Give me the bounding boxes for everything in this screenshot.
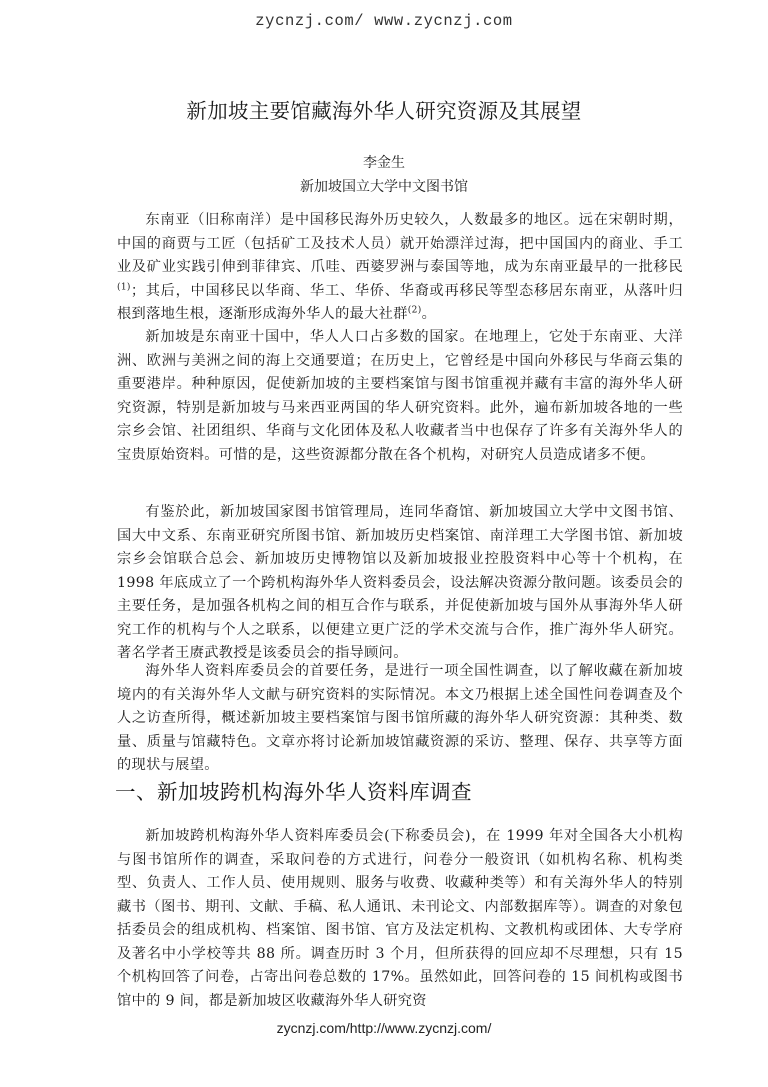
paragraph-2: 新加坡是东南亚十国中，华人人口占多数的国家。在地理上，它处于东南亚、大洋洲、欧洲… [117,326,683,467]
paragraph-1-text-b: ；其后，中国移民以华商、华工、华侨、华裔或再移民等型态移居东南亚，从落叶归根到落… [117,283,683,323]
paragraph-4: 海外华人资料库委员会的首要任务，是进行一项全国性调查，以了解收藏在新加坡境内的有… [117,660,683,778]
footnote-ref-1[interactable]: (1) [117,282,131,292]
author-affiliation: 新加坡国立大学中文图书馆 [0,176,768,196]
author-name: 李金生 [0,152,768,172]
paragraph-3: 有鉴於此，新加坡国家图书馆管理局，连同华裔馆、新加坡国立大学中文图书馆、国大中文… [117,501,683,666]
paragraph-1: 东南亚（旧称南洋）是中国移民海外历史较久，人数最多的地区。远在宋朝时期，中国的商… [117,209,683,327]
footer-watermark: zycnzj.com/http://www.zycnzj.com/ [0,1020,768,1036]
paragraph-1-text-c: 。 [422,306,437,322]
document-title: 新加坡主要馆藏海外华人研究资源及其展望 [0,94,768,124]
header-watermark: zycnzj.com/ www.zycnzj.com [0,12,768,30]
section-heading-1: 一、新加坡跨机构海外华人资料库调查 [115,775,472,805]
paragraph-1-text-a: 东南亚（旧称南洋）是中国移民海外历史较久，人数最多的地区。远在宋朝时期，中国的商… [117,212,683,275]
footnote-ref-2[interactable]: (2) [408,305,422,315]
section-1-paragraph: 新加坡跨机构海外华人资料库委员会(下称委员会)，在 1999 年对全国各大小机构… [117,825,683,1013]
